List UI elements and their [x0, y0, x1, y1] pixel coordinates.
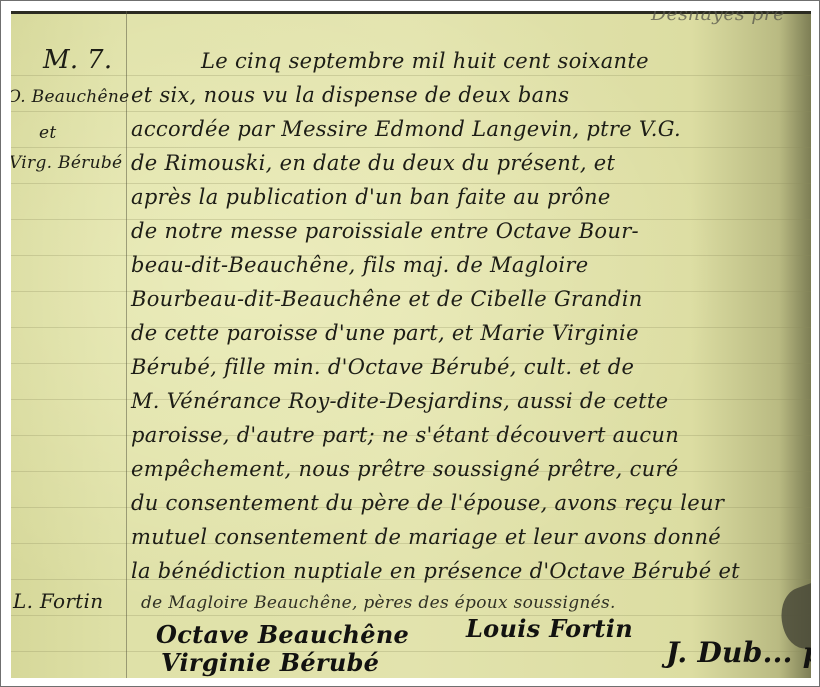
margin-conjunction: et [39, 125, 57, 142]
margin-groom-name: O. Beauchêne [11, 89, 130, 106]
body-line-9: de cette paroisse d'une part, et Marie V… [131, 323, 639, 344]
body-line-11: M. Vénérance Roy-dite-Desjardins, aussi … [131, 391, 668, 412]
body-line-17: de Magloire Beauchêne, pères des époux s… [141, 595, 616, 612]
signature-groom: Octave Beauchêne [156, 623, 409, 647]
body-line-13: empêchement, nous prêtre soussigné prêtr… [131, 459, 679, 480]
ruled-line [11, 615, 811, 616]
body-line-14: du consentement du père de l'épouse, avo… [131, 493, 724, 514]
entry-number: M. 7. [43, 47, 112, 73]
body-line-2: et six, nous vu la dispense de deux bans [131, 85, 569, 106]
margin-bride-name: Virg. Bérubé [11, 155, 122, 172]
ruled-line [11, 75, 811, 76]
body-line-6: de notre messe paroissiale entre Octave … [131, 221, 639, 242]
ruled-line [11, 183, 811, 184]
signature-priest: J. Dub... ptre [666, 639, 811, 667]
signature-bride: Virginie Bérubé [161, 651, 379, 675]
ruled-line [11, 147, 811, 148]
body-line-3: accordée par Messire Edmond Langevin, pt… [131, 119, 681, 140]
image-frame: Deshayes pre M. 7. O. Beauchêne et Virg.… [0, 0, 820, 687]
margin-witness-note: L. Fortin [13, 591, 103, 611]
previous-entry-fragment: Deshayes pre [651, 11, 785, 24]
body-line-1: Le cinq septembre mil huit cent soixante [201, 51, 649, 72]
margin-column-divider [126, 11, 127, 678]
ruled-line [11, 111, 811, 112]
body-line-8: Bourbeau-dit-Beauchêne et de Cibelle Gra… [131, 289, 643, 310]
body-line-15: mutuel consentement de mariage et leur a… [131, 527, 721, 548]
body-line-10: Bérubé, fille min. d'Octave Bérubé, cult… [131, 357, 634, 378]
body-line-12: paroisse, d'autre part; ne s'étant décou… [131, 425, 679, 446]
body-line-4: de Rimouski, en date du deux du présent,… [131, 153, 615, 174]
scanned-register-page: Deshayes pre M. 7. O. Beauchêne et Virg.… [11, 11, 811, 678]
body-line-5: après la publication d'un ban faite au p… [131, 187, 611, 208]
signature-witness: Louis Fortin [466, 617, 633, 641]
body-line-7: beau-dit-Beauchêne, fils maj. de Magloir… [131, 255, 588, 276]
body-line-16: la bénédiction nuptiale en présence d'Oc… [131, 561, 740, 582]
